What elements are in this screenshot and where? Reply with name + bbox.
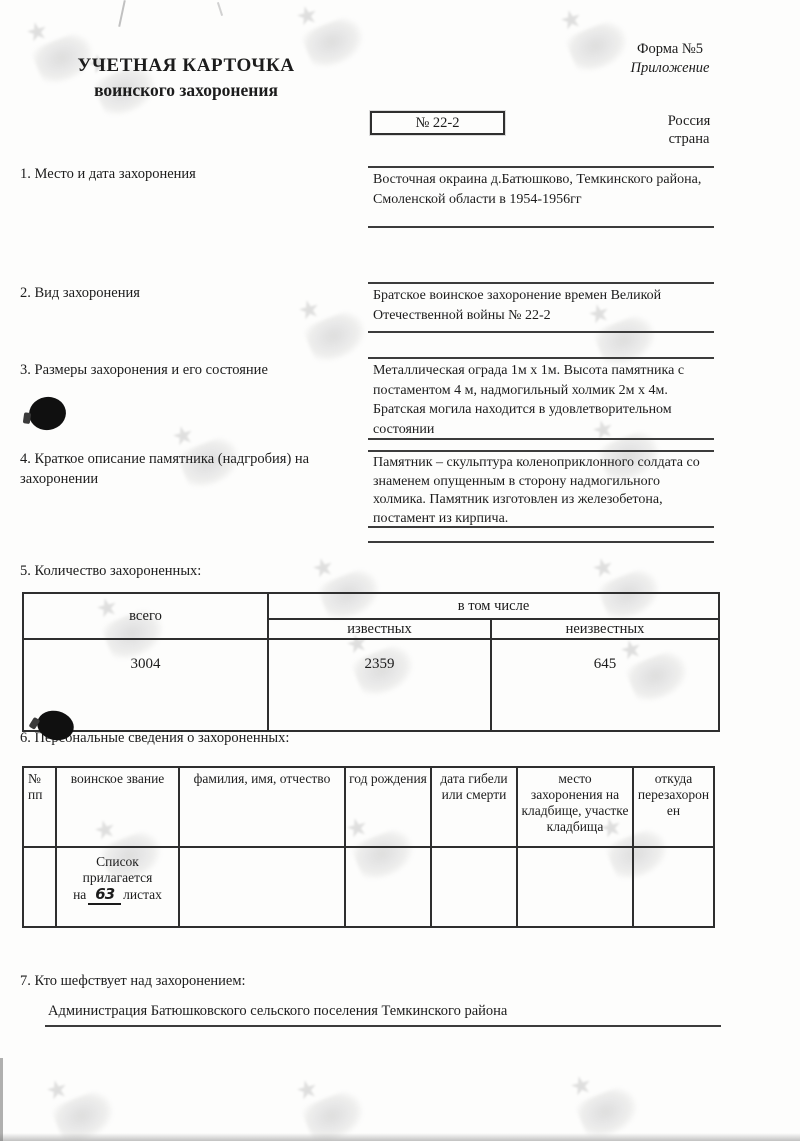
pd-header-name: фамилия, имя, отчество xyxy=(179,767,345,847)
pd-cell-birth-year xyxy=(345,847,431,927)
personal-data-table: № пп воинское звание фамилия, имя, отчес… xyxy=(22,766,715,928)
note-line-3: на63листах xyxy=(60,886,175,905)
section-7-label: 7. Кто шефствует над захоронением: xyxy=(20,971,246,991)
burial-counts-table: всего в том числе известных неизвестных … xyxy=(22,592,720,732)
country-caption: страна xyxy=(634,130,744,148)
pd-header-reburied-from: откуда перезахоронен xyxy=(633,767,714,847)
list-attached-note: Список прилагается на63листах xyxy=(56,847,179,927)
pd-header-number: № пп xyxy=(23,767,56,847)
form-number-label: Форма №5 xyxy=(595,40,745,59)
blank-rule-line xyxy=(368,541,714,543)
title-line-1: УЧЕТНАЯ КАРТОЧКА xyxy=(58,55,314,77)
counts-unknown-value: 645 xyxy=(491,639,719,731)
pd-cell-reburied-from xyxy=(633,847,714,927)
pd-header-burial-place: место захоронения на кладбище, участке к… xyxy=(517,767,633,847)
pd-header-death-date: дата гибели или смерти xyxy=(431,767,517,847)
section-1-value: Восточная окраина д.Батюшково, Темкинско… xyxy=(368,166,714,228)
section-3-value: Металлическая ограда 1м х 1м. Высота пам… xyxy=(368,357,714,440)
counts-header-known: известных xyxy=(268,619,491,639)
counts-header-unknown: неизвестных xyxy=(491,619,719,639)
note-line-1: Список xyxy=(60,854,175,870)
pd-cell-death-date xyxy=(431,847,517,927)
fold-crease-mark xyxy=(118,0,126,27)
scan-edge-shadow xyxy=(0,1133,800,1141)
pd-cell-name xyxy=(179,847,345,927)
card-number-box: № 22-2 xyxy=(370,111,505,135)
section-4-value: Памятник – скульптура коленоприклонного … xyxy=(368,450,714,528)
form-reference: Форма №5 Приложение xyxy=(595,40,745,78)
section-4-label: 4. Краткое описание памятника (надгробия… xyxy=(20,449,350,489)
section-2-label: 2. Вид захоронения xyxy=(20,283,140,303)
form-appendix-label: Приложение xyxy=(595,59,745,78)
watermark-star-icon xyxy=(292,1078,366,1141)
title-line-2: воинского захоронения xyxy=(58,80,314,101)
section-1-label: 1. Место и дата захоронения xyxy=(20,164,196,184)
section-3-label: 3. Размеры захоронения и его состояние xyxy=(20,360,268,380)
table-row: Список прилагается на63листах xyxy=(23,847,714,927)
country-value: Россия xyxy=(634,112,744,130)
fold-crease-mark xyxy=(217,2,223,16)
section-2-value: Братское воинское захоронение времен Вел… xyxy=(368,282,714,333)
country-block: Россия страна xyxy=(634,112,744,148)
document-title: УЧЕТНАЯ КАРТОЧКА воинского захоронения xyxy=(58,55,314,101)
pd-header-rank: воинское звание xyxy=(56,767,179,847)
note-suffix: листах xyxy=(123,887,162,902)
note-line-2: прилагается xyxy=(60,870,175,886)
counts-known-value: 2359 xyxy=(268,639,491,731)
watermark-star-icon xyxy=(566,1074,640,1138)
pd-cell-burial-place xyxy=(517,847,633,927)
section-5-label: 5. Количество захороненных: xyxy=(20,561,201,581)
ink-blot xyxy=(26,394,68,433)
counts-header-total: всего xyxy=(23,593,268,639)
section-7-value: Администрация Батюшковского сельского по… xyxy=(45,1003,721,1027)
scan-edge-shadow xyxy=(0,1058,3,1141)
handwritten-sheet-count: 63 xyxy=(88,886,121,905)
note-prefix: на xyxy=(73,887,86,902)
pd-cell-number xyxy=(23,847,56,927)
pd-header-birth-year: год рождения xyxy=(345,767,431,847)
watermark-star-icon xyxy=(294,298,368,362)
registration-card-page: Форма №5 Приложение УЧЕТНАЯ КАРТОЧКА вои… xyxy=(0,0,800,1141)
counts-header-including: в том числе xyxy=(268,593,719,619)
watermark-star-icon xyxy=(42,1078,116,1141)
